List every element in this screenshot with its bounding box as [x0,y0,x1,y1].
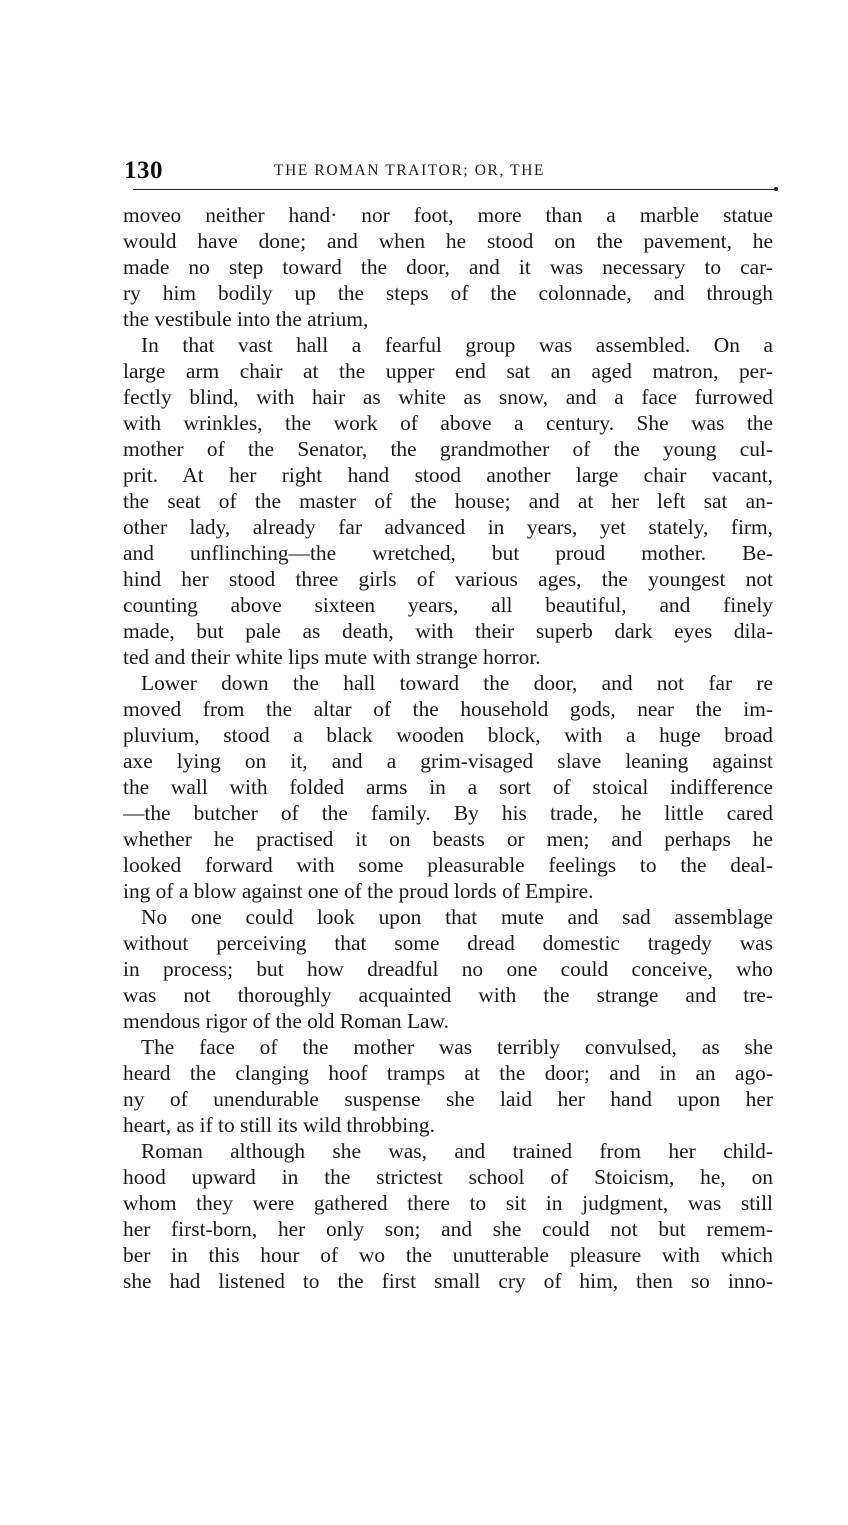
text-line: heard the clanging hoof tramps at the do… [123,1060,773,1086]
text-line: prit. At her right hand stood another la… [123,462,773,488]
text-line: the vestibule into the atrium, [123,306,773,332]
text-line: with wrinkles, the work of above a centu… [123,410,773,436]
text-line: ber in this hour of wo the unutterable p… [123,1242,773,1268]
text-line: ted and their white lips mute with stran… [123,644,773,670]
header-rule [133,189,776,190]
text-line: and unflinching—the wretched, but proud … [123,540,773,566]
text-line: in process; but how dreadful no one coul… [123,956,773,982]
paragraph-first-line: Lower down the hall toward the door, and… [123,670,773,696]
text-line: counting above sixteen years, all beauti… [123,592,773,618]
running-title: THE ROMAN TRAITOR; OR, THE [274,161,545,181]
text-line: moveo neither hand· nor foot, more than … [123,202,773,228]
text-line: her first-born, her only son; and she co… [123,1216,773,1242]
text-line: would have done; and when he stood on th… [123,228,773,254]
text-line: whom they were gathered there to sit in … [123,1190,773,1216]
text-line: ing of a blow against one of the proud l… [123,878,773,904]
text-line: whether he practised it on beasts or men… [123,826,773,852]
text-line: pluvium, stood a black wooden block, wit… [123,722,773,748]
text-line: hood upward in the strictest school of S… [123,1164,773,1190]
text-line: —the butcher of the family. By his trade… [123,800,773,826]
text-line: hind her stood three girls of various ag… [123,566,773,592]
text-line: ny of unendurable suspense she laid her … [123,1086,773,1112]
paragraph-first-line: Roman although she was, and trained from… [123,1138,773,1164]
text-line: fectly blind, with hair as white as snow… [123,384,773,410]
text-line: she had listened to the first small cry … [123,1268,773,1294]
running-head: 130 THE ROMAN TRAITOR; OR, THE [124,158,774,184]
text-line: ry him bodily up the steps of the colonn… [123,280,773,306]
text-line: looked forward with some pleasurable fee… [123,852,773,878]
text-line: the seat of the master of the house; and… [123,488,773,514]
text-line: other lady, already far advanced in year… [123,514,773,540]
text-line: the wall with folded arms in a sort of s… [123,774,773,800]
book-page: 130 THE ROMAN TRAITOR; OR, THE moveo nei… [0,0,848,1525]
text-line: was not thoroughly acquainted with the s… [123,982,773,1008]
text-line: heart, as if to still its wild throbbing… [123,1112,773,1138]
page-number: 130 [124,158,163,184]
text-line: axe lying on it, and a grim-visaged slav… [123,748,773,774]
paragraph-first-line: No one could look upon that mute and sad… [123,904,773,930]
text-line: mendous rigor of the old Roman Law. [123,1008,773,1034]
paragraph-first-line: The face of the mother was terribly conv… [123,1034,773,1060]
paragraph-first-line: In that vast hall a fearful group was as… [123,332,773,358]
text-line: made no step toward the door, and it was… [123,254,773,280]
text-line: moved from the altar of the household go… [123,696,773,722]
body-text: moveo neither hand· nor foot, more than … [123,202,773,1294]
text-line: made, but pale as death, with their supe… [123,618,773,644]
text-line: large arm chair at the upper end sat an … [123,358,773,384]
text-line: mother of the Senator, the grandmother o… [123,436,773,462]
text-line: without perceiving that some dread domes… [123,930,773,956]
